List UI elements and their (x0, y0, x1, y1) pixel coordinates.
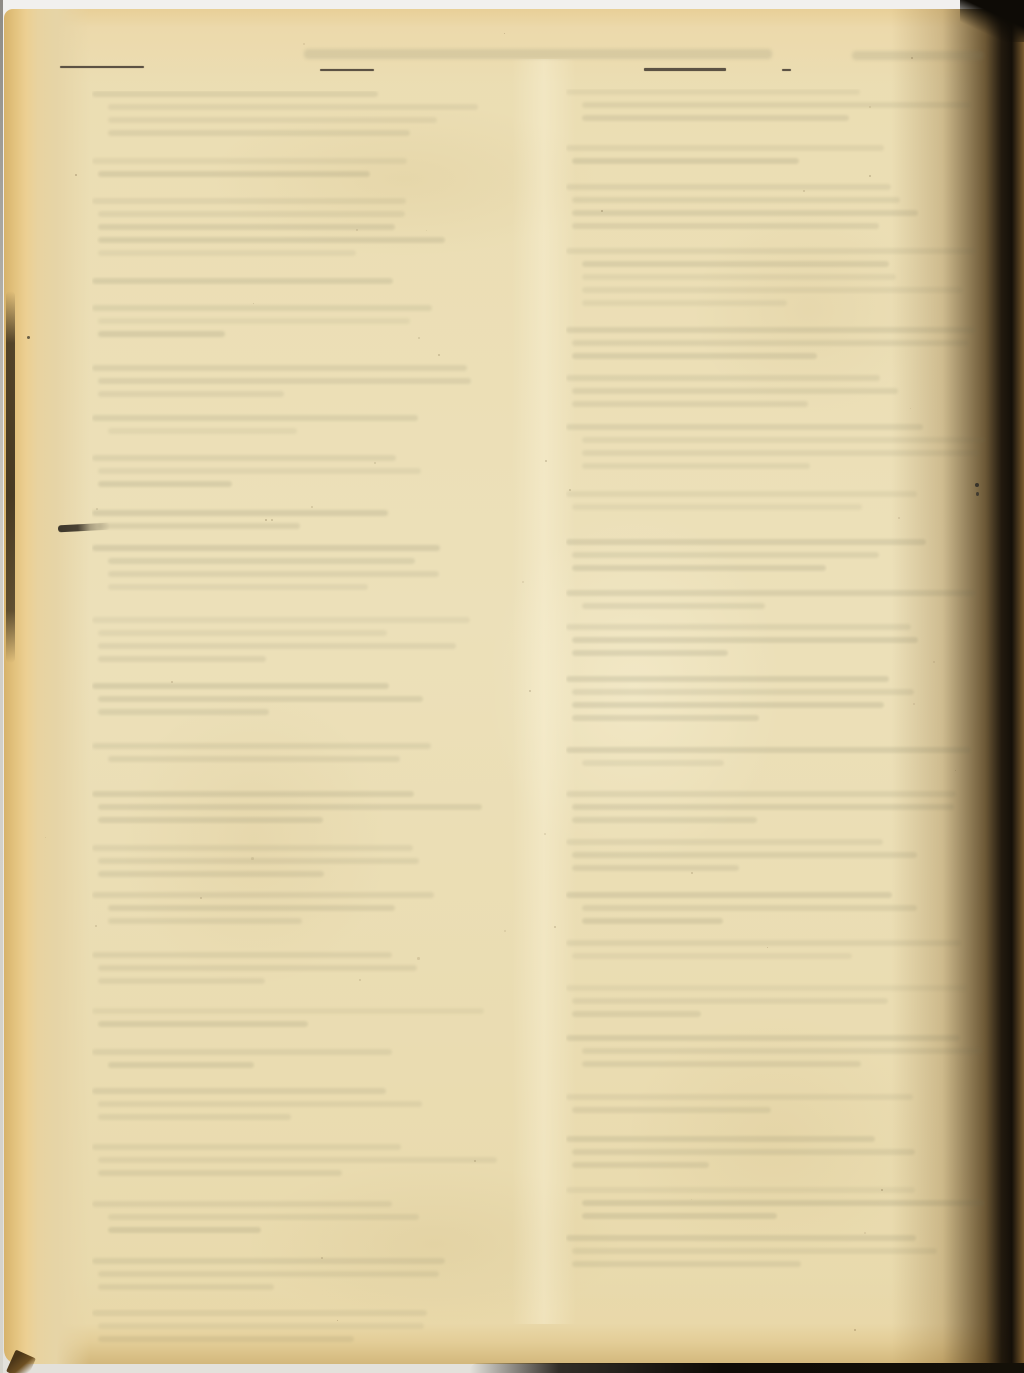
ghost-text-line (98, 630, 387, 636)
ghost-text-line (582, 905, 917, 911)
ghost-text-line (566, 839, 883, 845)
paper-speck (522, 581, 524, 583)
ghost-header-bar (304, 49, 772, 59)
ghost-text-line (108, 918, 302, 924)
ghost-text-line (98, 468, 421, 474)
ghost-text-line (582, 760, 724, 766)
ghost-text-line (92, 278, 393, 284)
ghost-column-left (92, 91, 500, 1357)
ghost-text-line (98, 1021, 308, 1027)
ink-mark-dot (27, 336, 30, 339)
ghost-text-line (582, 603, 765, 609)
ghost-text-line (92, 91, 378, 97)
ghost-text-line (582, 287, 963, 293)
ghost-text-line (98, 331, 225, 337)
ghost-text-line (566, 184, 891, 190)
ghost-text-line (92, 455, 396, 461)
ghost-text-line (108, 1062, 254, 1068)
ghost-text-line (582, 437, 986, 443)
ghost-text-line (582, 300, 787, 306)
ghost-text-line (572, 804, 954, 810)
ghost-text-line (572, 715, 759, 721)
paper-speck (911, 57, 913, 59)
ghost-text-line (98, 858, 419, 864)
scan-left-hairline (0, 0, 3, 1373)
ghost-text-line (98, 709, 269, 715)
ghost-text-line (98, 804, 482, 810)
ghost-text-line (566, 1136, 875, 1142)
paper-speck (864, 1232, 866, 1234)
ghost-text-line (92, 683, 389, 689)
ghost-text-line (92, 1201, 392, 1207)
ghost-text-line (572, 158, 799, 164)
ghost-text-line (98, 1336, 354, 1342)
ghost-text-line (98, 378, 471, 384)
ghost-text-line (572, 353, 817, 359)
ghost-text-line (582, 1213, 777, 1219)
ghost-text-line (566, 747, 971, 753)
ghost-text-line (566, 1235, 916, 1241)
top-right-corner-shadow (960, 0, 1024, 42)
printed-rule (60, 66, 144, 68)
ghost-text-line (566, 1035, 960, 1041)
ghost-text-line (572, 565, 826, 571)
ghost-text-line (566, 424, 923, 430)
ghost-text-line (566, 940, 961, 946)
ghost-text-line (566, 327, 976, 333)
ghost-text-line (108, 1227, 261, 1233)
paper-speck (321, 1257, 323, 1259)
ghost-text-line (566, 624, 911, 630)
ghost-text-line (572, 1107, 771, 1113)
ghost-text-line (572, 504, 862, 510)
ghost-text-line (98, 481, 232, 487)
ghost-text-line (98, 1271, 439, 1277)
ghost-text-line (92, 1008, 484, 1014)
ghost-text-line (108, 756, 400, 762)
paper-speck (251, 857, 254, 860)
ghost-text-line (582, 102, 971, 108)
ghost-header-bar (852, 51, 984, 60)
ghost-text-line (572, 552, 879, 558)
ghost-text-line (92, 198, 406, 204)
ghost-text-line (92, 743, 431, 749)
ghost-text-line (572, 340, 969, 346)
ghost-text-line (572, 702, 884, 708)
ghost-text-line (582, 450, 980, 456)
ghost-text-line (92, 952, 392, 958)
ghost-text-line (92, 158, 407, 164)
ghost-text-line (566, 791, 956, 797)
ghost-text-line (582, 115, 849, 121)
paper-speck (417, 957, 420, 960)
book-page (4, 9, 1024, 1364)
ghost-text-line (566, 89, 860, 95)
bottom-gutter-shadow (470, 1363, 1024, 1373)
ghost-text-line (92, 617, 470, 623)
ghost-text-line (98, 965, 417, 971)
ghost-text-line (566, 892, 892, 898)
ghost-text-line (572, 953, 852, 959)
ghost-text-line (108, 905, 395, 911)
paper-speck (544, 833, 546, 835)
ghost-text-line (566, 590, 976, 596)
ghost-text-line (108, 571, 439, 577)
ghost-text-line (572, 1149, 915, 1155)
paper-speck (75, 174, 77, 176)
ghost-text-line (108, 558, 415, 564)
ghost-text-line (92, 845, 413, 851)
ghost-text-line (98, 171, 370, 177)
ghost-text-line (92, 1088, 386, 1094)
ghost-text-line (572, 1248, 937, 1254)
ghost-text-line (572, 1162, 709, 1168)
ghost-text-line (98, 643, 456, 649)
ghost-text-line (98, 318, 410, 324)
ghost-text-line (582, 274, 896, 280)
ghost-text-line (92, 415, 418, 421)
ghost-text-line (572, 637, 918, 643)
ghost-text-line (98, 237, 445, 243)
paper-speck (374, 462, 376, 464)
ghost-text-line (92, 1049, 392, 1055)
ghost-text-line (566, 145, 884, 151)
ghost-text-line (98, 523, 300, 529)
ghost-text-line (98, 1157, 497, 1163)
paper-speck (910, 408, 911, 409)
ghost-text-line (98, 978, 265, 984)
printed-rule (320, 69, 374, 71)
ghost-text-line (108, 584, 368, 590)
printed-rule (644, 68, 726, 71)
ghost-text-line (98, 656, 266, 662)
spine-shadow (6, 291, 15, 663)
ghost-column-right (566, 89, 986, 1355)
ghost-text-line (108, 117, 437, 123)
paper-speck (303, 43, 305, 45)
printed-rule (782, 69, 791, 71)
ghost-text-line (98, 1323, 424, 1329)
ghost-text-line (572, 1011, 701, 1017)
ghost-text-line (92, 892, 434, 898)
ghost-text-line (92, 510, 388, 516)
ghost-text-line (92, 791, 414, 797)
ghost-text-line (98, 250, 356, 256)
ghost-text-line (98, 211, 405, 217)
scanned-page-photo: Photographed page of an old bound volume… (0, 0, 1024, 1373)
ghost-text-line (92, 1144, 401, 1150)
ghost-text-line (98, 391, 284, 397)
ghost-text-line (572, 689, 914, 695)
ghost-text-line (582, 918, 723, 924)
ink-mark-speck-pair (975, 483, 980, 497)
ghost-text-line (582, 463, 810, 469)
paper-speck (504, 930, 506, 932)
ghost-text-line (572, 865, 739, 871)
ghost-text-line (572, 650, 728, 656)
ghost-text-line (92, 1258, 445, 1264)
ghost-text-line (566, 676, 889, 682)
ghost-text-line (572, 1261, 801, 1267)
ghost-text-line (572, 210, 918, 216)
ghost-text-line (572, 998, 888, 1004)
ghost-text-line (98, 1170, 342, 1176)
ghost-text-line (108, 104, 478, 110)
ghost-text-line (572, 223, 879, 229)
paper-speck (601, 210, 603, 212)
paper-speck (504, 33, 505, 34)
ghost-text-line (98, 1284, 274, 1290)
ghost-text-line (582, 1200, 985, 1206)
paper-speck (45, 837, 46, 838)
paper-speck (529, 690, 531, 692)
ghost-text-line (572, 388, 898, 394)
ghost-text-line (566, 985, 967, 991)
ghost-text-line (108, 130, 410, 136)
ghost-text-line (98, 696, 423, 702)
ghost-text-line (582, 261, 889, 267)
ghost-text-line (582, 1061, 861, 1067)
ghost-text-line (92, 545, 440, 551)
ghost-text-line (92, 365, 467, 371)
ghost-text-line (108, 1214, 419, 1220)
ghost-text-line (566, 1187, 915, 1193)
ghost-text-line (566, 248, 976, 254)
paper-speck (311, 506, 313, 508)
ghost-text-line (92, 305, 432, 311)
ghost-text-line (566, 491, 917, 497)
ghost-text-line (98, 817, 323, 823)
ghost-text-line (572, 817, 757, 823)
ghost-text-line (582, 1048, 983, 1054)
paper-speck (200, 897, 202, 899)
ghost-text-line (98, 224, 395, 230)
ghost-text-line (108, 428, 297, 434)
ghost-text-line (92, 1310, 427, 1316)
ghost-text-line (572, 852, 917, 858)
ghost-text-line (98, 1101, 422, 1107)
ghost-text-line (98, 1114, 291, 1120)
ghost-text-line (572, 197, 900, 203)
ghost-text-line (566, 1094, 913, 1100)
ghost-text-line (566, 539, 926, 545)
ghost-text-line (572, 401, 808, 407)
ghost-text-line (566, 375, 880, 381)
ghost-text-line (98, 871, 324, 877)
